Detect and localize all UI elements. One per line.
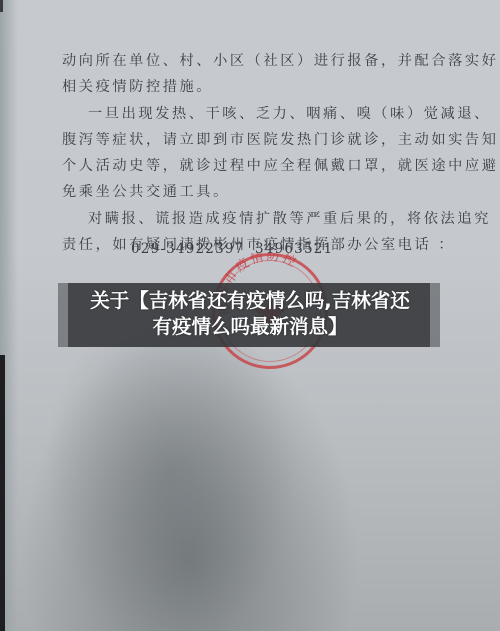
article-title-line-1: 关于【吉林省还有疫情么吗,吉林省还 — [60, 288, 440, 314]
document-line: 责任，如有疑问请拨彬州市疫情指挥部办公室电话 ： — [62, 236, 432, 254]
document-line: 免乘坐公共交通工具。 — [62, 183, 432, 201]
document-line: 个人活动史等，就诊过程中应全程佩戴口罩，就医途中应避 — [62, 157, 432, 175]
dark-table-edge — [0, 355, 5, 631]
article-title-line-2: 有疫情么吗最新消息】 — [60, 314, 440, 340]
dark-corner-top — [0, 0, 3, 12]
document-line: 对瞒报、谎报造成疫情扩散等严重后果的，将依法追究 — [88, 210, 458, 228]
document-line: 动向所在单位、村、小区（社区）进行报备，并配合落实好 — [62, 52, 432, 70]
article-title[interactable]: 关于【吉林省还有疫情么吗,吉林省还 有疫情么吗最新消息】 — [60, 288, 440, 340]
document-line: 相关疫情防控措施。 — [62, 78, 432, 96]
document-line: 腹泻等症状，请立即到市医院发热门诊就诊，主动如实告知 — [62, 131, 432, 149]
document-line: 一旦出现发热、干咳、乏力、咽痛、嗅（味）觉减退、 — [88, 105, 458, 123]
